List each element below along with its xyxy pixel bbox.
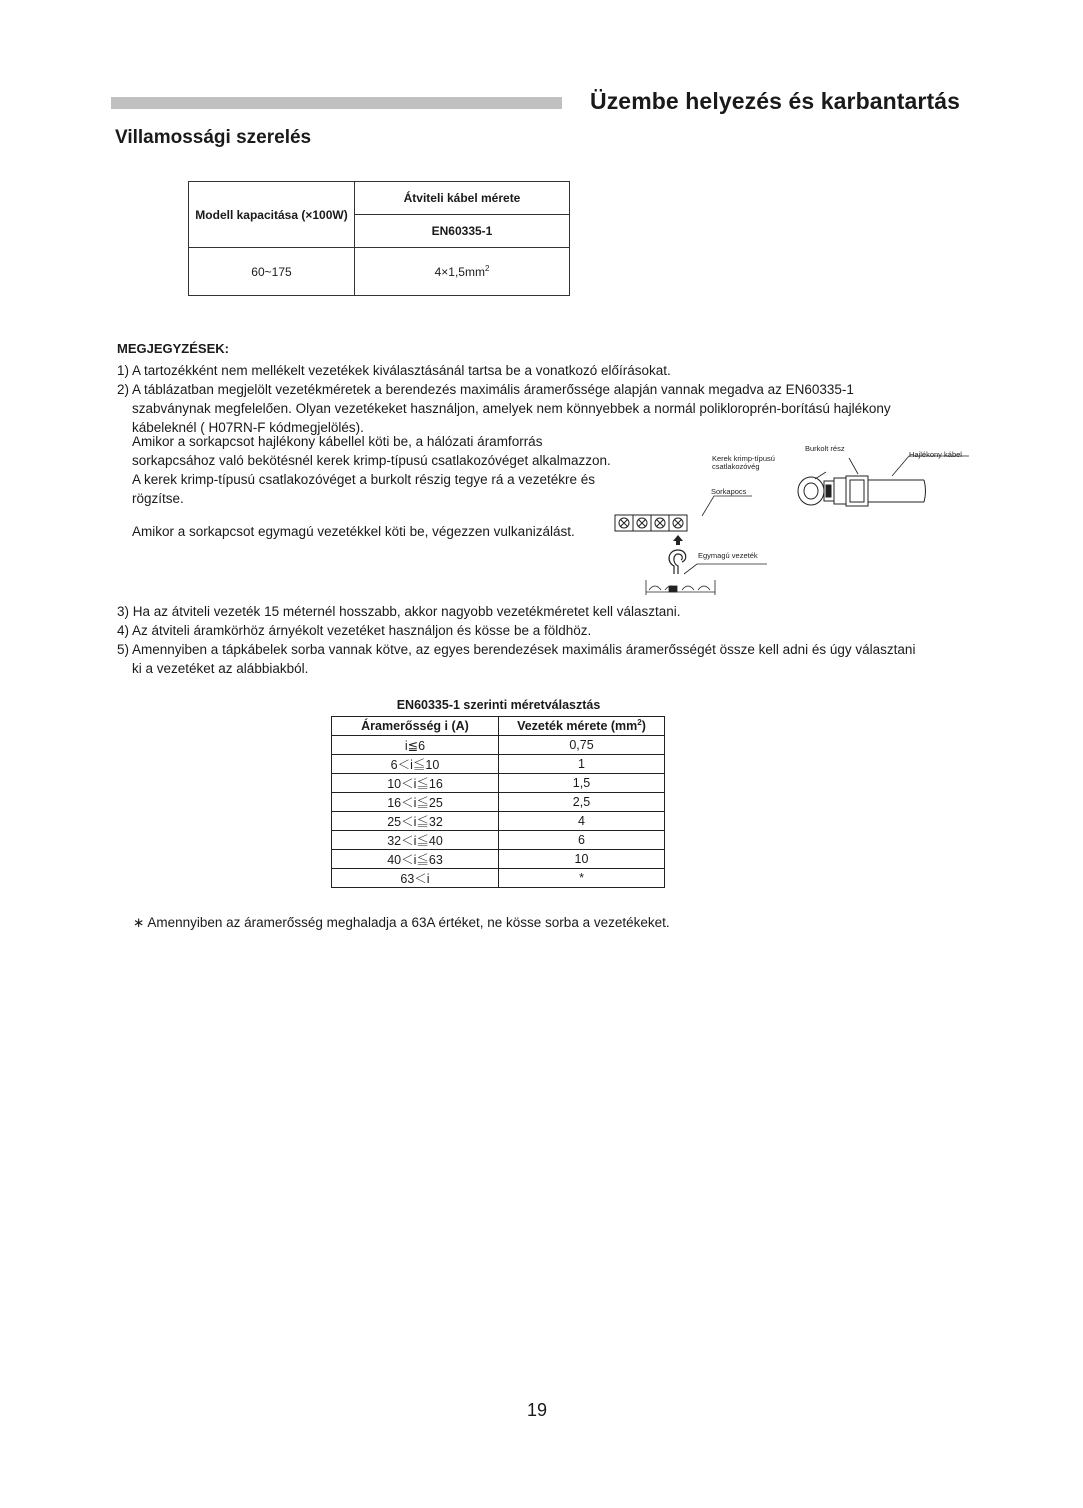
cell-wire-size: 0,75 <box>499 736 665 755</box>
table-row: 63＜i* <box>332 869 665 888</box>
cable-size-table: Modell kapacitása (×100W) Átviteli kábel… <box>188 181 570 296</box>
table-row: 32＜i≦406 <box>332 831 665 850</box>
table-row: 10＜i≦161,5 <box>332 774 665 793</box>
flex-cable-instructions: Amikor a sorkapcsot hajlékony kábellel k… <box>132 432 611 508</box>
note-2-line-1: 2) A táblázatban megjelölt vezetékmérete… <box>117 380 891 399</box>
label-flexible-cable: Hajlékony kábel <box>909 450 962 459</box>
cell-capacity: 60~175 <box>189 248 355 296</box>
table-row: 40＜i≦6310 <box>332 850 665 869</box>
cell-wire-size: 1 <box>499 755 665 774</box>
cell-cable-size: 4×1,5mm2 <box>355 248 570 296</box>
terminal-block-illustration <box>615 515 687 531</box>
flex-line-2: sorkapcsához való bekötésnél kerek krimp… <box>132 451 611 470</box>
table-row: 60~175 4×1,5mm2 <box>189 248 570 296</box>
cell-current: 40＜i≦63 <box>332 850 499 869</box>
table-row: 6＜i≦101 <box>332 755 665 774</box>
notes-title: MEGJEGYZÉSEK: <box>117 341 229 356</box>
chapter-title: Üzembe helyezés és karbantartás <box>590 88 960 115</box>
size-table-title: EN60335-1 szerinti méretválasztás <box>332 698 665 712</box>
table-row: 16＜i≦252,5 <box>332 793 665 812</box>
note-1: 1) A tartozékként nem mellékelt vezetéke… <box>117 361 891 380</box>
table-row: 25＜i≦324 <box>332 812 665 831</box>
note-5-line-2: ki a vezetéket az alábbiakból. <box>117 659 915 678</box>
cell-current: 63＜i <box>332 869 499 888</box>
col-header-wire-size: Vezeték mérete (mm2) <box>499 717 665 736</box>
cell-wire-size: 6 <box>499 831 665 850</box>
note-4: 4) Az átviteli áramkörhöz árnyékolt veze… <box>117 621 915 640</box>
section-title: Villamossági szerelés <box>115 127 311 149</box>
label-terminal-block: Sorkapocs <box>711 487 747 496</box>
cell-current: 32＜i≦40 <box>332 831 499 850</box>
wiring-diagram: Kerek krimp-típusú csatlakozóvég Burkolt… <box>612 438 977 600</box>
note-5-line-1: 5) Amennyiben a tápkábelek sorba vannak … <box>117 640 915 659</box>
table-row: i≦60,75 <box>332 736 665 755</box>
label-solid-wire: Egymagú vezeték <box>698 551 758 560</box>
solid-wire-hook-illustration <box>669 550 686 574</box>
col-subheader-standard: EN60335-1 <box>355 215 570 248</box>
cell-wire-size: * <box>499 869 665 888</box>
flex-line-1: Amikor a sorkapcsot hajlékony kábellel k… <box>132 432 611 451</box>
col-header-cable-size: Átviteli kábel mérete <box>355 182 570 215</box>
cell-current: 10＜i≦16 <box>332 774 499 793</box>
cell-wire-size: 1,5 <box>499 774 665 793</box>
cell-current: 6＜i≦10 <box>332 755 499 774</box>
label-covered-part: Burkolt rész <box>805 444 845 453</box>
flex-line-4: rögzítse. <box>132 489 611 508</box>
arrow-up-icon <box>673 535 683 545</box>
wire-strands-illustration <box>646 580 715 595</box>
page-number: 19 <box>527 1400 547 1421</box>
footnote: ∗ Amennyiben az áramerősség meghaladja a… <box>133 915 670 931</box>
cell-current: 16＜i≦25 <box>332 793 499 812</box>
cell-wire-size: 10 <box>499 850 665 869</box>
flex-line-3: A kerek krimp-típusú csatlakozóvéget a b… <box>132 470 611 489</box>
header-rule <box>111 97 562 109</box>
notes-block: 1) A tartozékként nem mellékelt vezetéke… <box>117 361 891 437</box>
note-3: 3) Ha az átviteli vezeték 15 méternél ho… <box>117 602 915 621</box>
cell-current: 25＜i≦32 <box>332 812 499 831</box>
cell-current: i≦6 <box>332 736 499 755</box>
col-header-current: Áramerősség i (A) <box>332 717 499 736</box>
crimp-terminal-illustration <box>798 476 926 506</box>
solid-wire-instruction: Amikor a sorkapcsot egymagú vezetékkel k… <box>132 522 575 541</box>
col-header-capacity: Modell kapacitása (×100W) <box>189 182 355 248</box>
cell-wire-size: 2,5 <box>499 793 665 812</box>
wire-size-table: Áramerősség i (A) Vezeték mérete (mm2) i… <box>331 716 665 888</box>
label-round-crimp-2: csatlakozóvég <box>712 462 760 471</box>
notes-block-2: 3) Ha az átviteli vezeték 15 méternél ho… <box>117 602 915 678</box>
note-2-line-2: szabványnak megfelelően. Olyan vezetékek… <box>117 399 891 418</box>
cell-wire-size: 4 <box>499 812 665 831</box>
